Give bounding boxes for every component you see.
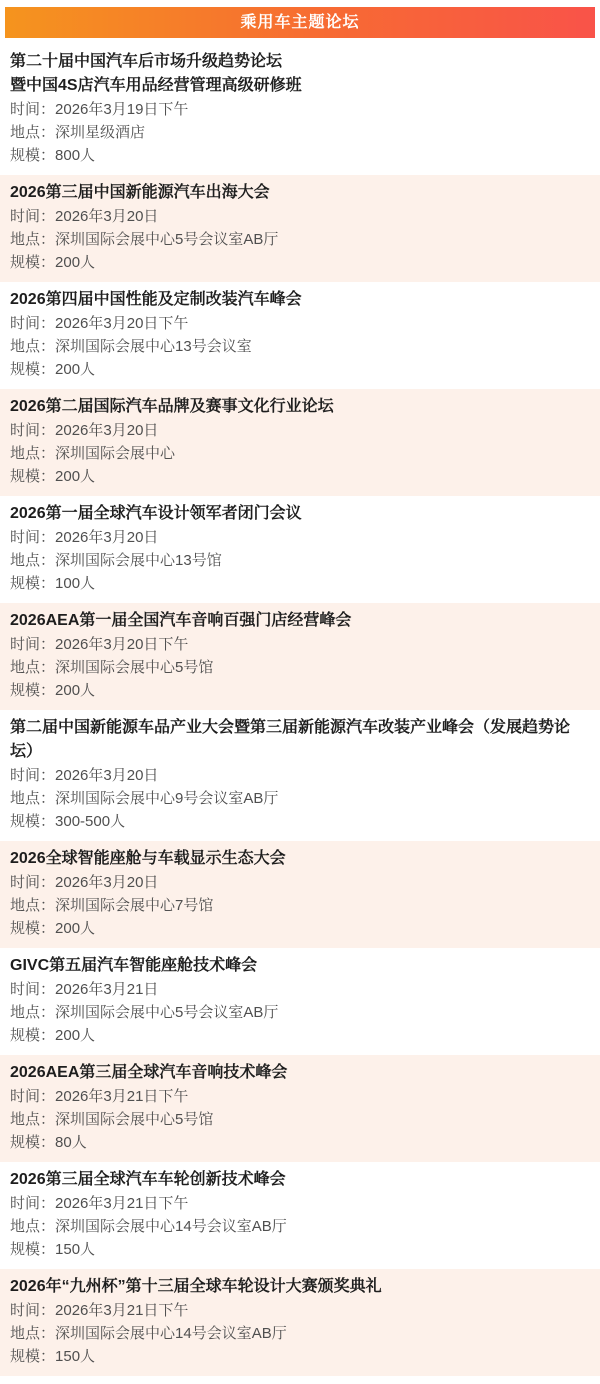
scale-value: 300-500人 <box>55 813 125 830</box>
scale-value: 150人 <box>55 1241 95 1258</box>
event-location-row: 地点：深圳国际会展中心5号馆 <box>10 1108 590 1131</box>
event-time-row: 时间：2026年3月20日 <box>10 526 590 549</box>
event-section: 2026第四届中国性能及定制改装汽车峰会 时间：2026年3月20日下午 地点：… <box>0 282 600 389</box>
event-section: 2026全球智能座舱与车载显示生态大会 时间：2026年3月20日 地点：深圳国… <box>0 841 600 948</box>
time-label: 时间： <box>10 767 55 784</box>
event-location-row: 地点：深圳星级酒店 <box>10 121 590 144</box>
time-label: 时间： <box>10 1195 55 1212</box>
location-label: 地点： <box>10 124 55 141</box>
event-time-row: 时间：2026年3月21日下午 <box>10 1085 590 1108</box>
time-label: 时间： <box>10 208 55 225</box>
location-label: 地点： <box>10 1004 55 1021</box>
location-label: 地点： <box>10 445 55 462</box>
location-value: 深圳国际会展中心13号会议室 <box>55 338 252 355</box>
scale-value: 200人 <box>55 468 95 485</box>
location-value: 深圳国际会展中心5号馆 <box>55 659 213 676</box>
scale-label: 规模： <box>10 468 55 485</box>
event-section: 2026第一届全球汽车设计领军者闭门会议 时间：2026年3月20日 地点：深圳… <box>0 496 600 603</box>
location-label: 地点： <box>10 1111 55 1128</box>
time-value: 2026年3月20日下午 <box>55 636 188 653</box>
event-section: 2026第三届中国新能源汽车出海大会 时间：2026年3月20日 地点：深圳国际… <box>0 175 600 282</box>
event-time-row: 时间：2026年3月20日 <box>10 205 590 228</box>
time-value: 2026年3月20日 <box>55 208 158 225</box>
scale-label: 规模： <box>10 254 55 271</box>
location-label: 地点： <box>10 231 55 248</box>
event-scale-row: 规模：300-500人 <box>10 810 590 833</box>
scale-label: 规模： <box>10 361 55 378</box>
event-title: 第二届中国新能源车品产业大会暨第三届新能源汽车改装产业峰会（发展趋势论坛） <box>10 716 590 764</box>
location-value: 深圳国际会展中心9号会议室AB厅 <box>55 790 278 807</box>
scale-value: 200人 <box>55 682 95 699</box>
location-value: 深圳国际会展中心7号馆 <box>55 897 213 914</box>
event-location-row: 地点：深圳国际会展中心14号会议室AB厅 <box>10 1215 590 1238</box>
event-section: 2026第三届全球汽车车轮创新技术峰会 时间：2026年3月21日下午 地点：深… <box>0 1162 600 1269</box>
time-label: 时间： <box>10 529 55 546</box>
time-label: 时间： <box>10 1302 55 1319</box>
scale-label: 规模： <box>10 147 55 164</box>
event-time-row: 时间：2026年3月20日下午 <box>10 633 590 656</box>
time-value: 2026年3月20日 <box>55 529 158 546</box>
event-title: 2026AEA第三届全球汽车音响技术峰会 <box>10 1061 590 1085</box>
event-location-row: 地点：深圳国际会展中心7号馆 <box>10 894 590 917</box>
location-label: 地点： <box>10 790 55 807</box>
event-title: 2026第三届全球汽车车轮创新技术峰会 <box>10 1168 590 1192</box>
event-scale-row: 规模：200人 <box>10 251 590 274</box>
location-value: 深圳星级酒店 <box>55 124 145 141</box>
scale-label: 规模： <box>10 575 55 592</box>
event-section: 2026第二届国际汽车品牌及赛事文化行业论坛 时间：2026年3月20日 地点：… <box>0 389 600 496</box>
time-label: 时间： <box>10 422 55 439</box>
scale-value: 200人 <box>55 1027 95 1044</box>
event-title: 2026AEA第一届全国汽车音响百强门店经营峰会 <box>10 609 590 633</box>
time-label: 时间： <box>10 1088 55 1105</box>
location-label: 地点： <box>10 1218 55 1235</box>
event-time-row: 时间：2026年3月20日下午 <box>10 312 590 335</box>
scale-label: 规模： <box>10 1348 55 1365</box>
time-value: 2026年3月20日 <box>55 422 158 439</box>
location-value: 深圳国际会展中心5号会议室AB厅 <box>55 231 278 248</box>
event-title: 2026全球智能座舱与车载显示生态大会 <box>10 847 590 871</box>
event-scale-row: 规模：200人 <box>10 917 590 940</box>
event-section: 2026AEA第三届全球汽车音响技术峰会 时间：2026年3月21日下午 地点：… <box>0 1055 600 1162</box>
time-label: 时间： <box>10 981 55 998</box>
event-title-line2: 暨中国4S店汽车用品经营管理高级研修班 <box>10 74 590 98</box>
event-title: 2026年“九州杯”第十三届全球车轮设计大赛颁奖典礼 <box>10 1275 590 1299</box>
time-value: 2026年3月20日下午 <box>55 315 188 332</box>
location-label: 地点： <box>10 338 55 355</box>
time-value: 2026年3月20日 <box>55 874 158 891</box>
event-scale-row: 规模：150人 <box>10 1345 590 1368</box>
event-location-row: 地点：深圳国际会展中心14号会议室AB厅 <box>10 1322 590 1345</box>
event-section: 第二十届中国汽车后市场升级趋势论坛 暨中国4S店汽车用品经营管理高级研修班 时间… <box>0 44 600 175</box>
location-value: 深圳国际会展中心13号馆 <box>55 552 222 569</box>
event-location-row: 地点：深圳国际会展中心13号会议室 <box>10 335 590 358</box>
event-scale-row: 规模：150人 <box>10 1238 590 1261</box>
event-section: 2026年“九州杯”第十三届全球车轮设计大赛颁奖典礼 时间：2026年3月21日… <box>0 1269 600 1376</box>
time-label: 时间： <box>10 315 55 332</box>
scale-value: 200人 <box>55 254 95 271</box>
event-title: 2026第三届中国新能源汽车出海大会 <box>10 181 590 205</box>
location-value: 深圳国际会展中心5号馆 <box>55 1111 213 1128</box>
event-scale-row: 规模：800人 <box>10 144 590 167</box>
event-scale-row: 规模：200人 <box>10 358 590 381</box>
time-label: 时间： <box>10 874 55 891</box>
event-time-row: 时间：2026年3月20日 <box>10 419 590 442</box>
event-time-row: 时间：2026年3月20日 <box>10 764 590 787</box>
location-label: 地点： <box>10 659 55 676</box>
event-location-row: 地点：深圳国际会展中心5号会议室AB厅 <box>10 1001 590 1024</box>
event-scale-row: 规模：200人 <box>10 465 590 488</box>
location-value: 深圳国际会展中心 <box>55 445 175 462</box>
location-value: 深圳国际会展中心14号会议室AB厅 <box>55 1218 287 1235</box>
time-value: 2026年3月21日下午 <box>55 1302 188 1319</box>
event-location-row: 地点：深圳国际会展中心9号会议室AB厅 <box>10 787 590 810</box>
location-value: 深圳国际会展中心14号会议室AB厅 <box>55 1325 287 1342</box>
event-title: 2026第二届国际汽车品牌及赛事文化行业论坛 <box>10 395 590 419</box>
event-scale-row: 规模：100人 <box>10 572 590 595</box>
time-label: 时间： <box>10 101 55 118</box>
scale-label: 规模： <box>10 1241 55 1258</box>
scale-value: 200人 <box>55 920 95 937</box>
time-value: 2026年3月21日下午 <box>55 1195 188 1212</box>
event-time-row: 时间：2026年3月21日下午 <box>10 1299 590 1322</box>
event-section: 2026AEA第一届全国汽车音响百强门店经营峰会 时间：2026年3月20日下午… <box>0 603 600 710</box>
time-value: 2026年3月21日 <box>55 981 158 998</box>
scale-label: 规模： <box>10 682 55 699</box>
scale-value: 100人 <box>55 575 95 592</box>
event-title: 第二十届中国汽车后市场升级趋势论坛 <box>10 50 590 74</box>
event-location-row: 地点：深圳国际会展中心13号馆 <box>10 549 590 572</box>
event-scale-row: 规模：200人 <box>10 679 590 702</box>
scale-label: 规模： <box>10 1134 55 1151</box>
time-value: 2026年3月20日 <box>55 767 158 784</box>
location-label: 地点： <box>10 1325 55 1342</box>
event-location-row: 地点：深圳国际会展中心 <box>10 442 590 465</box>
scale-value: 800人 <box>55 147 95 164</box>
location-label: 地点： <box>10 897 55 914</box>
location-value: 深圳国际会展中心5号会议室AB厅 <box>55 1004 278 1021</box>
event-time-row: 时间：2026年3月20日 <box>10 871 590 894</box>
event-location-row: 地点：深圳国际会展中心5号会议室AB厅 <box>10 228 590 251</box>
scale-label: 规模： <box>10 920 55 937</box>
scale-value: 80人 <box>55 1134 87 1151</box>
event-time-row: 时间：2026年3月21日 <box>10 978 590 1001</box>
event-title: 2026第一届全球汽车设计领军者闭门会议 <box>10 502 590 526</box>
event-title: 2026第四届中国性能及定制改装汽车峰会 <box>10 288 590 312</box>
event-section: GIVC第五届汽车智能座舱技术峰会 时间：2026年3月21日 地点：深圳国际会… <box>0 948 600 1055</box>
scale-label: 规模： <box>10 1027 55 1044</box>
scale-value: 150人 <box>55 1348 95 1365</box>
location-label: 地点： <box>10 552 55 569</box>
section-header: 乘用车主题论坛 <box>5 7 595 38</box>
event-time-row: 时间：2026年3月21日下午 <box>10 1192 590 1215</box>
event-time-row: 时间：2026年3月19日下午 <box>10 98 590 121</box>
time-value: 2026年3月19日下午 <box>55 101 188 118</box>
section-header-title: 乘用车主题论坛 <box>240 14 359 31</box>
time-label: 时间： <box>10 636 55 653</box>
scale-value: 200人 <box>55 361 95 378</box>
scale-label: 规模： <box>10 813 55 830</box>
time-value: 2026年3月21日下午 <box>55 1088 188 1105</box>
forum-schedule-page: 乘用车主题论坛 第二十届中国汽车后市场升级趋势论坛 暨中国4S店汽车用品经营管理… <box>0 0 600 1384</box>
event-scale-row: 规模：200人 <box>10 1024 590 1047</box>
forum-event-list: 第二十届中国汽车后市场升级趋势论坛 暨中国4S店汽车用品经营管理高级研修班 时间… <box>0 44 600 1376</box>
event-title: GIVC第五届汽车智能座舱技术峰会 <box>10 954 590 978</box>
event-location-row: 地点：深圳国际会展中心5号馆 <box>10 656 590 679</box>
event-section: 第二届中国新能源车品产业大会暨第三届新能源汽车改装产业峰会（发展趋势论坛） 时间… <box>0 710 600 841</box>
event-scale-row: 规模：80人 <box>10 1131 590 1154</box>
